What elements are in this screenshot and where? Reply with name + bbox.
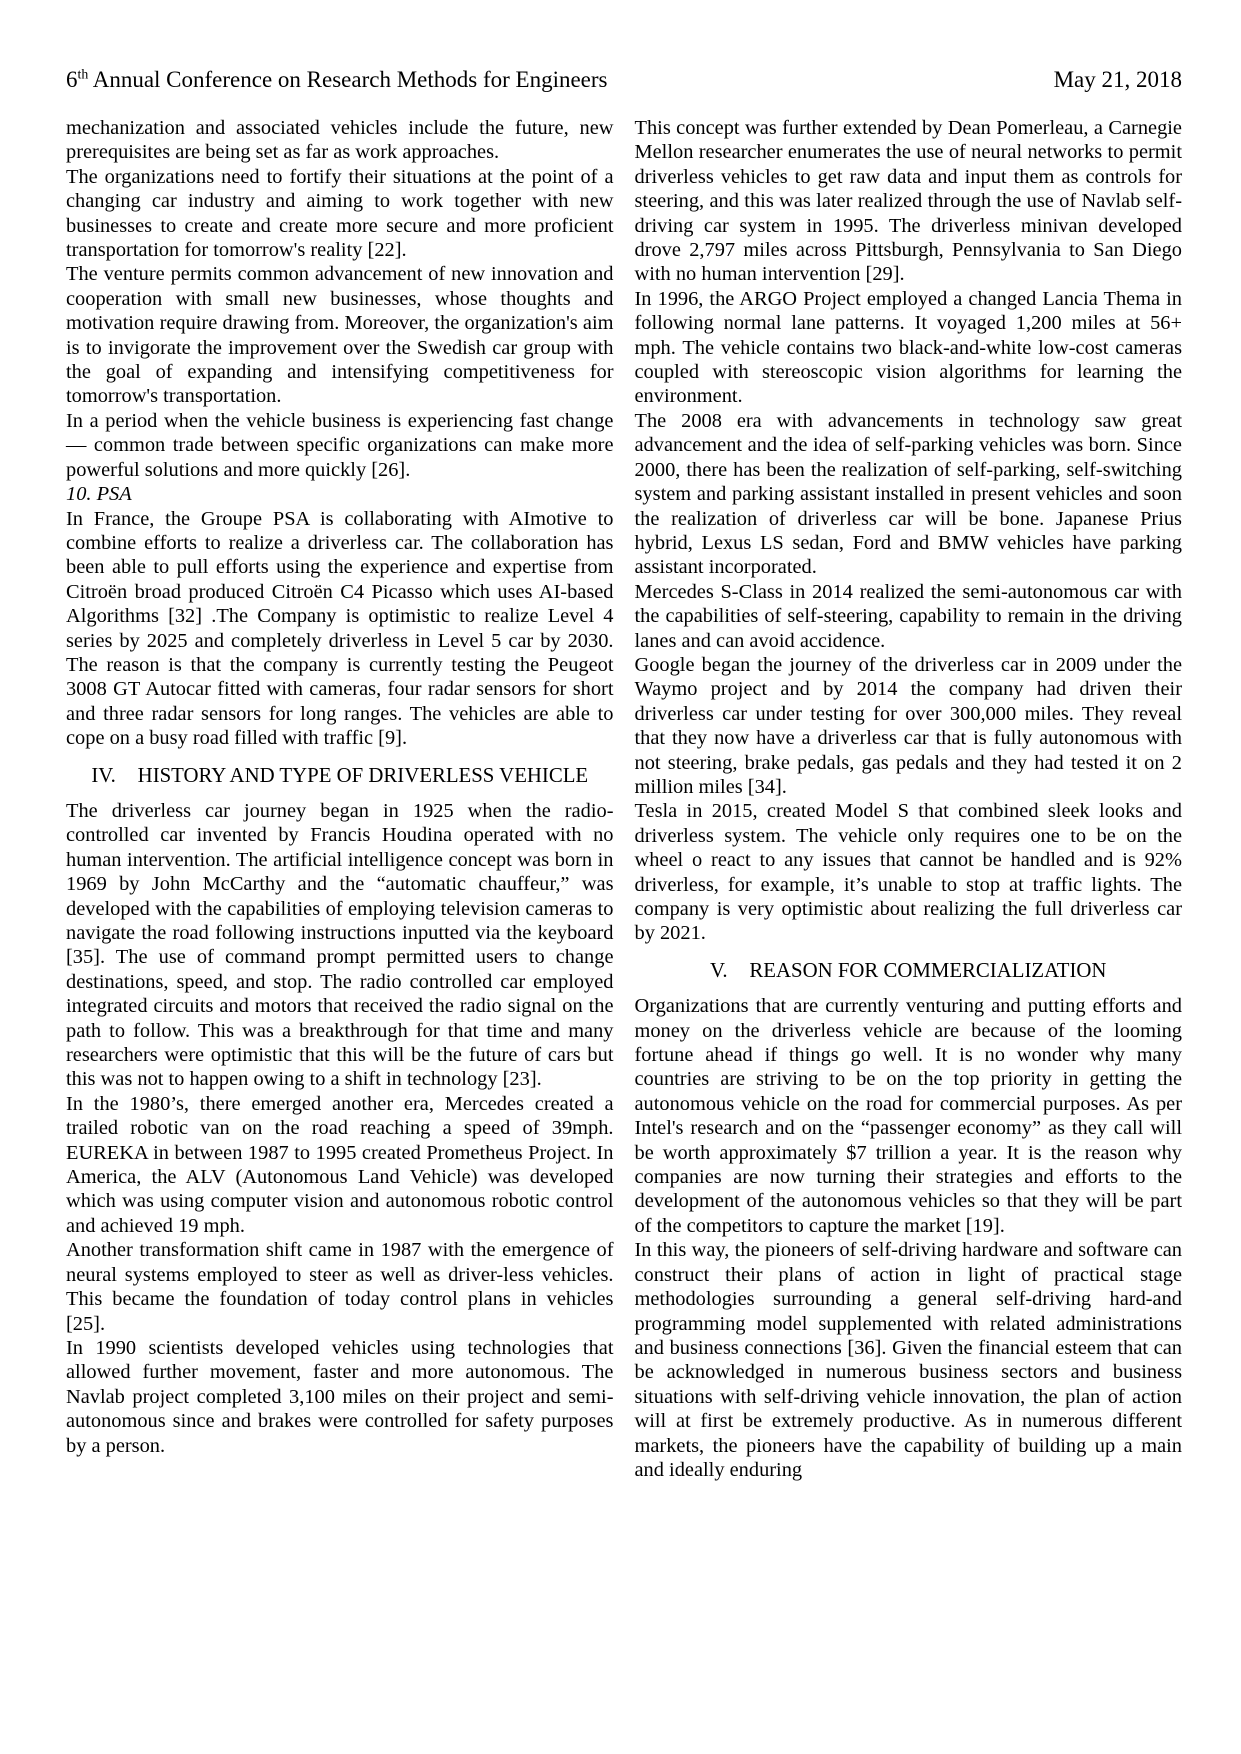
paragraph: The driverless car journey began in 1925… — [66, 799, 614, 1092]
conference-title: 6th Annual Conference on Research Method… — [66, 66, 608, 94]
two-column-content: mechanization and associated vehicles in… — [66, 116, 1182, 1482]
right-column: This concept was further extended by Dea… — [635, 116, 1183, 1482]
page-header: 6th Annual Conference on Research Method… — [66, 66, 1182, 94]
list-subheading: 10. PSA — [66, 482, 614, 506]
paragraph: In 1996, the ARGO Project employed a cha… — [635, 287, 1183, 409]
paragraph: In France, the Groupe PSA is collaborati… — [66, 507, 614, 751]
paragraph: Organizations that are currently venturi… — [635, 994, 1183, 1238]
header-date: May 21, 2018 — [1054, 66, 1182, 94]
section-title: HISTORY AND TYPE OF DRIVERLESS VEHICLE — [138, 764, 588, 787]
conference-number: 6 — [66, 67, 78, 92]
paragraph: In the 1980’s, there emerged another era… — [66, 1092, 614, 1238]
section-heading: V.REASON FOR COMMERCIALIZATION — [635, 959, 1183, 983]
section-heading: IV.HISTORY AND TYPE OF DRIVERLESS VEHICL… — [66, 764, 614, 788]
paragraph: Another transformation shift came in 198… — [66, 1238, 614, 1336]
paragraph: Google began the journey of the driverle… — [635, 653, 1183, 799]
paragraph: In 1990 scientists developed vehicles us… — [66, 1336, 614, 1458]
left-column: mechanization and associated vehicles in… — [66, 116, 614, 1482]
paragraph: The 2008 era with advancements in techno… — [635, 409, 1183, 580]
section-number: V. — [710, 959, 728, 982]
paragraph: Tesla in 2015, created Model S that comb… — [635, 799, 1183, 945]
paragraph: The organizations need to fortify their … — [66, 165, 614, 263]
paragraph: In this way, the pioneers of self-drivin… — [635, 1238, 1183, 1482]
conference-title-text: Annual Conference on Research Methods fo… — [88, 67, 607, 92]
paragraph: In a period when the vehicle business is… — [66, 409, 614, 482]
ordinal-superscript: th — [78, 66, 89, 81]
section-title: REASON FOR COMMERCIALIZATION — [749, 959, 1106, 982]
paragraph: This concept was further extended by Dea… — [635, 116, 1183, 287]
section-number: IV. — [91, 764, 115, 787]
paragraph: The venture permits common advancement o… — [66, 262, 614, 408]
paragraph: Mercedes S-Class in 2014 realized the se… — [635, 580, 1183, 653]
paper-page: 6th Annual Conference on Research Method… — [0, 0, 1241, 1754]
paragraph: mechanization and associated vehicles in… — [66, 116, 614, 165]
